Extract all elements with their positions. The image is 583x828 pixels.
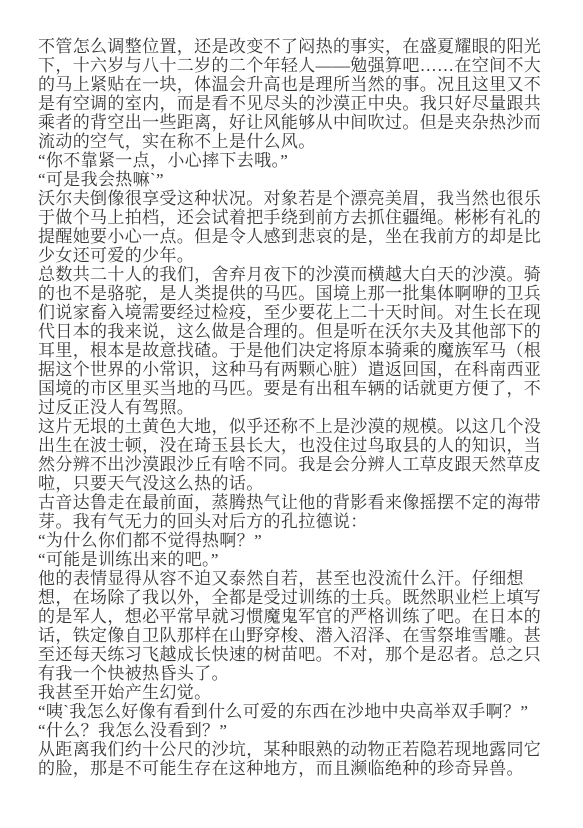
text-line: 下，十六岁与八十二岁的二个年轻人——勉强算吧……在空间不大 xyxy=(38,56,552,75)
text-line: 沃尔夫倒像很享受这种状况。对象若是个漂亮美眉，我当然也很乐 xyxy=(38,189,552,208)
text-line: 话，铁定像自卫队那样在山野穿梭、潜入沼泽、在雪祭堆雪雕。甚 xyxy=(38,626,552,645)
text-line: 有我一个快被热昏头了。 xyxy=(38,664,552,683)
paragraph-13-dialogue: “什么？我怎么没看到？” xyxy=(38,721,552,740)
paragraph-8-dialogue: “为什么你们都不觉得热啊？” xyxy=(38,531,552,550)
text-line: “可能是训练出来的吧。” xyxy=(38,550,552,569)
text-line: 不管怎么调整位置，还是改变不了闷热的事实，在盛夏耀眼的阳光 xyxy=(38,37,552,56)
paragraph-10-narration: 他的表情显得从容不迫又泰然自若，甚至也没流什么汗。仔细想想，在场除了我以外，全都… xyxy=(38,569,552,683)
text-line: “咦`我怎么好像有看到什么可爱的东西在沙地中央高举双手啊？” xyxy=(38,702,552,721)
paragraph-12-dialogue: “咦`我怎么好像有看到什么可爱的东西在沙地中央高举双手啊？” xyxy=(38,702,552,721)
text-line: 芽。我有气无力的回头对后方的孔拉德说： xyxy=(38,512,552,531)
paragraph-7-narration: 古音达鲁走在最前面，蒸腾热气让他的背影看来像摇摆不定的海带芽。我有气无力的回头对… xyxy=(38,493,552,531)
text-line: 总数共二十人的我们，舍弃月夜下的沙漠而横越大白天的沙漠。骑 xyxy=(38,265,552,284)
text-line: 啦，只要天气没这么热的话。 xyxy=(38,474,552,493)
text-line: 从距离我们约十公尺的沙坑，某种眼熟的动物正若隐若现地露同它 xyxy=(38,740,552,759)
text-line: 出生在波士顿，没在琦玉县长大，也没住过鸟取县的人的知识，当 xyxy=(38,436,552,455)
text-line: 这片无垠的土黄色大地，似乎还称不上是沙漠的规模。以这几个没 xyxy=(38,417,552,436)
text-line: “什么？我怎么没看到？” xyxy=(38,721,552,740)
text-line: 想，在场除了我以外，全都是受过训练的士兵。既然职业栏上填写 xyxy=(38,588,552,607)
text-line: 然分辨不出沙漠跟沙丘有啥不同。我是会分辨人工草皮跟天然草皮 xyxy=(38,455,552,474)
text-block: 不管怎么调整位置，还是改变不了闷热的事实，在盛夏耀眼的阳光下，十六岁与八十二岁的… xyxy=(38,37,552,778)
text-line: 耳里，根本是故意找碴。于是他们决定将原本骑乘的魔族军马（根 xyxy=(38,341,552,360)
text-line: “可是我会热嘛`” xyxy=(38,170,552,189)
paragraph-2-dialogue: “你不靠紧一点，小心摔下去哦。” xyxy=(38,151,552,170)
paragraph-14-narration: 从距离我们约十公尺的沙坑，某种眼熟的动物正若隐若现地露同它的脸，那是不可能生存在… xyxy=(38,740,552,778)
scanned-page: 不管怎么调整位置，还是改变不了闷热的事实，在盛夏耀眼的阳光下，十六岁与八十二岁的… xyxy=(0,0,583,828)
text-line: “你不靠紧一点，小心摔下去哦。” xyxy=(38,151,552,170)
text-line: 他的表情显得从容不迫又泰然自若，甚至也没流什么汗。仔细想 xyxy=(38,569,552,588)
text-line: 的马上紧贴在一块，体温会升高也是理所当然的事。况且这里又不 xyxy=(38,75,552,94)
text-line: 少女还可爱的少年。 xyxy=(38,246,552,265)
text-line: 国境的市区里买当地的马匹。要是有出租车辆的话就更方便了，不 xyxy=(38,379,552,398)
text-line: 过反正没人有驾照。 xyxy=(38,398,552,417)
text-line: 据这个世界的小常识，这种马有两颗心脏）遣返回国，在科南西亚 xyxy=(38,360,552,379)
paragraph-1-narration: 不管怎么调整位置，还是改变不了闷热的事实，在盛夏耀眼的阳光下，十六岁与八十二岁的… xyxy=(38,37,552,151)
text-line: 于做个马上拍档，还会试着把手绕到前方去抓住疆绳。彬彬有礼的 xyxy=(38,208,552,227)
text-line: 是有空调的室内，而是看不见尽头的沙漠正中央。我只好尽量跟共 xyxy=(38,94,552,113)
text-line: 代日本的我来说，这么做是合理的。但是听在沃尔夫及其他部下的 xyxy=(38,322,552,341)
text-line: “为什么你们都不觉得热啊？” xyxy=(38,531,552,550)
paragraph-6-narration: 这片无垠的土黄色大地，似乎还称不上是沙漠的规模。以这几个没出生在波士顿，没在琦玉… xyxy=(38,417,552,493)
paragraph-4-narration: 沃尔夫倒像很享受这种状况。对象若是个漂亮美眉，我当然也很乐于做个马上拍档，还会试… xyxy=(38,189,552,265)
text-line: 的脸，那是不可能生存在这种地方，而且濒临绝种的珍奇异兽。 xyxy=(38,759,552,778)
text-line: 我甚至开始产生幻觉。 xyxy=(38,683,552,702)
paragraph-5-narration: 总数共二十人的我们，舍弃月夜下的沙漠而横越大白天的沙漠。骑的也不是骆驼，是人类提… xyxy=(38,265,552,417)
text-line: 们说家畜入境需要经过检疫，至少要花上二十天时间。对生长在现 xyxy=(38,303,552,322)
paragraph-11-narration: 我甚至开始产生幻觉。 xyxy=(38,683,552,702)
text-line: 乘者的背空出一些距离，好让风能够从中间吹过。但是夹杂热沙而 xyxy=(38,113,552,132)
text-line: 的也不是骆驼，是人类提供的马匹。国境上那一批集体啊咿的卫兵 xyxy=(38,284,552,303)
text-line: 古音达鲁走在最前面，蒸腾热气让他的背影看来像摇摆不定的海带 xyxy=(38,493,552,512)
text-line: 的是军人，想必平常早就习惯魔鬼军官的严格训练了吧。在日本的 xyxy=(38,607,552,626)
text-line: 至还每天练习飞越成长快速的树苗吧。不对，那个是忍者。总之只 xyxy=(38,645,552,664)
text-line: 流动的空气，实在称不上是什么风。 xyxy=(38,132,552,151)
paragraph-9-dialogue: “可能是训练出来的吧。” xyxy=(38,550,552,569)
text-line: 提醒她要小心一点。但是令人感到悲哀的是，坐在我前方的却是比 xyxy=(38,227,552,246)
paragraph-3-dialogue: “可是我会热嘛`” xyxy=(38,170,552,189)
